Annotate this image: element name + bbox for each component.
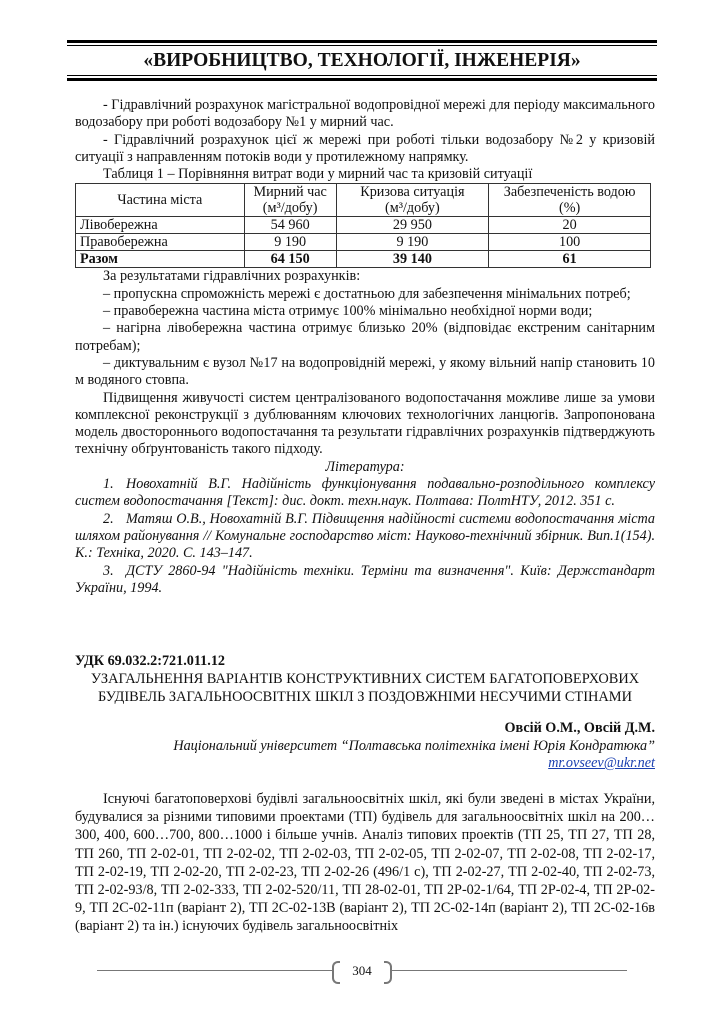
article-paragraph: Існуючі багатоповерхові будівлі загально… bbox=[75, 790, 655, 936]
result-item: – нагірна лівобережна частина отримує бл… bbox=[75, 320, 655, 355]
article-body: Існуючі багатоповерхові будівлі загально… bbox=[75, 790, 655, 936]
table-row: Лівобережна 54 960 29 950 20 bbox=[76, 217, 651, 234]
table-header-row: Частина міста Мирний час(м³/добу) Кризов… bbox=[76, 184, 651, 217]
left-brace-icon bbox=[332, 961, 340, 984]
intro-paragraph-1: - Гідравлічний розрахунок магістральної … bbox=[75, 97, 655, 132]
footer-rule-right bbox=[391, 970, 627, 971]
table-cell: 54 960 bbox=[244, 217, 336, 234]
reference-item: 2.Матяш О.В., Новохатній В.Г. Підвищення… bbox=[75, 511, 655, 563]
table-cell: 20 bbox=[489, 217, 651, 234]
table-header-cell: Кризова ситуація(м³/добу) bbox=[336, 184, 489, 217]
header-rule-thin-top bbox=[67, 45, 657, 46]
journal-section-title: «ВИРОБНИЦТВО, ТЕХНОЛОГІЇ, ІНЖЕНЕРІЯ» bbox=[67, 48, 657, 74]
right-brace-icon bbox=[384, 961, 392, 984]
footer-rule-left bbox=[97, 970, 332, 971]
author-affiliation: Національний університет “Полтавська пол… bbox=[173, 738, 655, 755]
water-consumption-table: Частина міста Мирний час(м³/добу) Кризов… bbox=[75, 183, 651, 268]
header-rule-thick-bottom bbox=[67, 78, 657, 81]
table-header-cell: Частина міста bbox=[76, 184, 245, 217]
page-number: 304 bbox=[340, 963, 384, 979]
table-cell: 29 950 bbox=[336, 217, 489, 234]
table-cell: Разом bbox=[76, 251, 245, 268]
table-header-cell: Забезпеченість водою(%) bbox=[489, 184, 651, 217]
table-cell: Лівобережна bbox=[76, 217, 245, 234]
table-cell: 39 140 bbox=[336, 251, 489, 268]
results-intro: За результатами гідравлічних розрахунків… bbox=[75, 268, 655, 285]
running-header: «ВИРОБНИЦТВО, ТЕХНОЛОГІЇ, ІНЖЕНЕРІЯ» bbox=[67, 40, 657, 81]
intro-paragraph-2: - Гідравлічний розрахунок цієї ж мережі … bbox=[75, 132, 655, 167]
page-footer: 304 bbox=[97, 961, 627, 981]
table-cell: 64 150 bbox=[244, 251, 336, 268]
table-total-row: Разом 64 150 39 140 61 bbox=[76, 251, 651, 268]
table-cell: 100 bbox=[489, 234, 651, 251]
table-caption: Таблиця 1 – Порівняння витрат води у мир… bbox=[75, 166, 655, 183]
table-cell: 9 190 bbox=[244, 234, 336, 251]
conclusion-paragraph: Підвищення живучості систем централізова… bbox=[75, 390, 655, 459]
previous-article-ending: - Гідравлічний розрахунок магістральної … bbox=[75, 97, 655, 597]
reference-item: 3.ДСТУ 2860-94 "Надійність техніки. Терм… bbox=[75, 563, 655, 598]
article-title: УЗАГАЛЬНЕННЯ ВАРІАНТІВ КОНСТРУКТИВНИХ СИ… bbox=[75, 670, 655, 706]
result-item: – пропускна спроможність мережі є достат… bbox=[75, 286, 655, 303]
reference-item: 1.Новохатній В.Г. Надійність функціонува… bbox=[75, 476, 655, 511]
author-email-link[interactable]: mr.ovseev@ukr.net bbox=[548, 755, 655, 772]
table-cell: 9 190 bbox=[336, 234, 489, 251]
result-item: – диктувальним є вузол №17 на водопровід… bbox=[75, 355, 655, 390]
literature-heading: Література: bbox=[75, 459, 655, 476]
result-item: – правобережна частина міста отримує 100… bbox=[75, 303, 655, 320]
udk-code: УДК 69.032.2:721.011.12 bbox=[75, 653, 225, 670]
table-cell: Правобережна bbox=[76, 234, 245, 251]
table-cell: 61 bbox=[489, 251, 651, 268]
article-authors: Овсій О.М., Овсій Д.М. bbox=[504, 720, 655, 737]
table-header-cell: Мирний час(м³/добу) bbox=[244, 184, 336, 217]
table-row: Правобережна 9 190 9 190 100 bbox=[76, 234, 651, 251]
